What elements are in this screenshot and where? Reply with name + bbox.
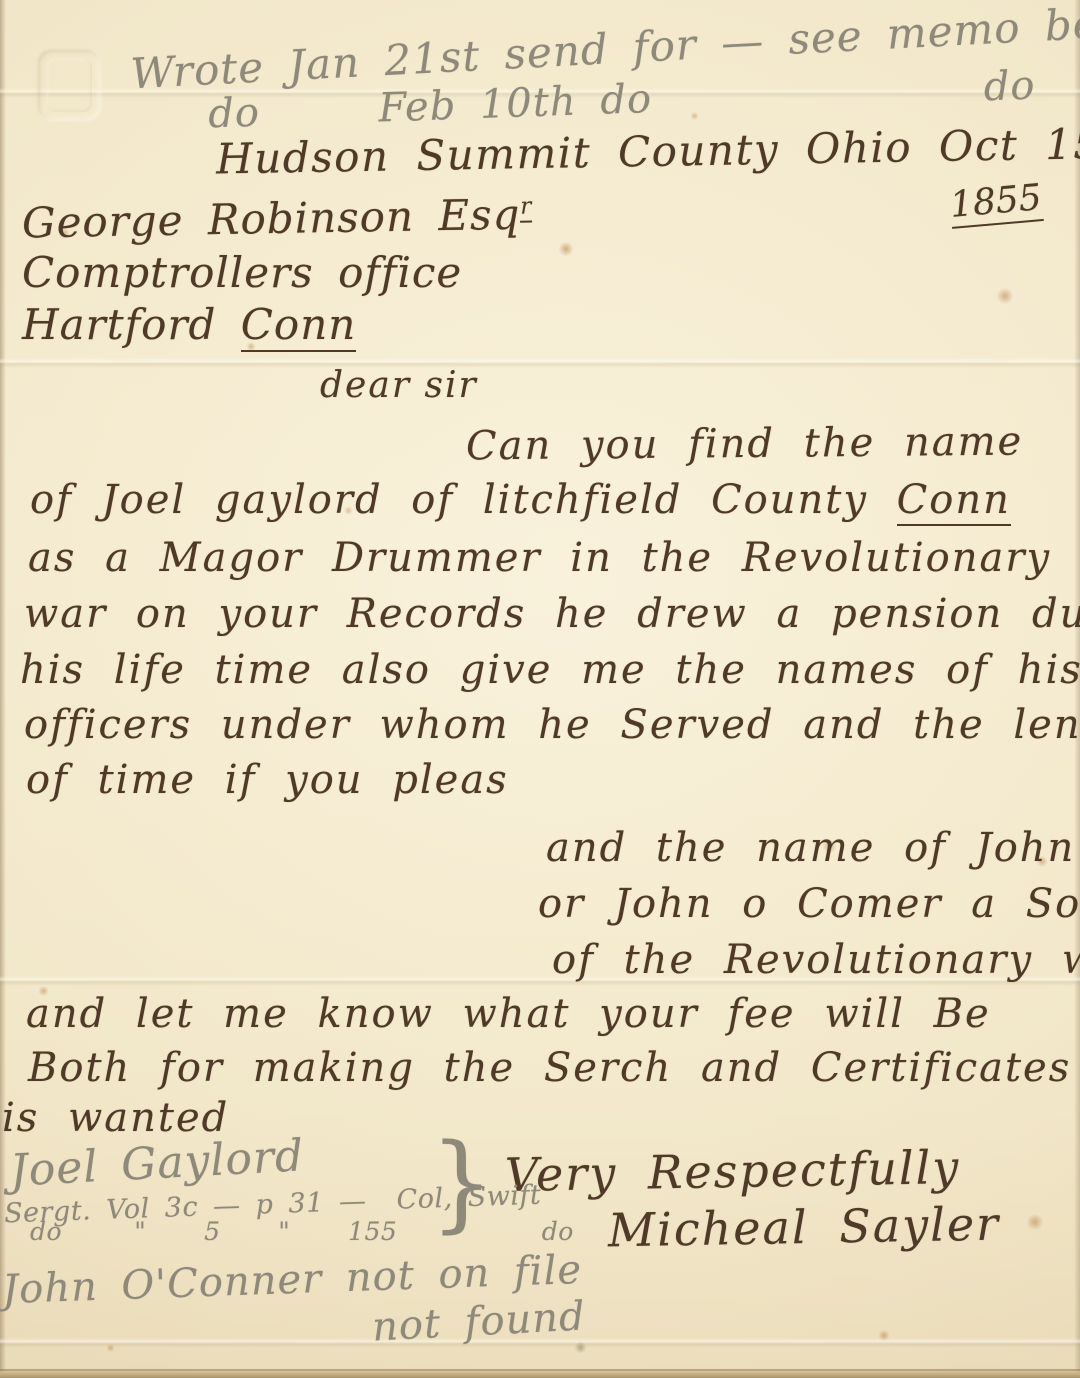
embossed-stamp [38,50,100,120]
signature: Micheal Sayler [608,1199,1001,1256]
body-p1-line3: as a Magor Drummer in the Revolutionary [28,536,1051,580]
dateline-year: 1855 [948,178,1043,225]
pencil-brace: } [430,1125,494,1241]
pencil-gaylord-name: Joel Gaylord [9,1132,305,1196]
body-p1-line2-text: of Joel gaylord of litchfield County [30,477,897,523]
recipient-office: Comptrollers office [22,250,462,296]
recipient-city: Hartford Conn [22,302,356,348]
recipient-name: George Robinson Esqr [22,192,532,247]
stain [574,1342,587,1353]
body-p1-line2-underlined: Conn [897,477,1011,526]
body-p1-line1: Can you find the name [466,420,1024,469]
year-text: 1855 [948,177,1043,229]
body-p3-line2: Both for making the Serch and Certificat… [28,1046,1080,1090]
recipient-state-underlined: Conn [241,300,357,352]
recipient-city-text: Hartford [22,300,241,349]
body-p3-line3: is wanted [2,1096,229,1140]
stain [106,1344,115,1352]
stain [558,242,574,256]
scan-edge-left [0,0,6,1378]
body-p2-line3: of the Revolutionary war [552,938,1080,982]
letter-page: Wrote Jan 21st send for — see memo below… [0,0,1080,1378]
body-p1-line7: of time if you pleas [26,758,509,802]
stain [878,1330,890,1341]
closing-respectfully: Very Respectfully [505,1142,961,1201]
body-p1-line4: war on your Records he drew a pension du… [24,592,1080,636]
salutation: dear sir [320,366,478,406]
fold-crease [0,358,1080,368]
stain [996,288,1014,304]
recipient-esq-sup: r [520,194,532,223]
body-p1-line2: of Joel gaylord of litchfield County Con… [30,478,1011,522]
body-p1-line5: his life time also give me the names of … [20,648,1080,692]
recipient-name-text: George Robinson Esq [22,190,521,248]
body-p2-line1: and the name of John [546,826,1075,870]
body-p1-line6: officers under whom he Served and the le… [24,703,1080,747]
scan-edge-bottom-line [0,1369,1080,1371]
body-p2-line2: or John o Comer a Soldier [538,882,1080,926]
stain [1026,1214,1044,1230]
body-p3-line1: and let me know what your fee will Be [26,992,991,1036]
